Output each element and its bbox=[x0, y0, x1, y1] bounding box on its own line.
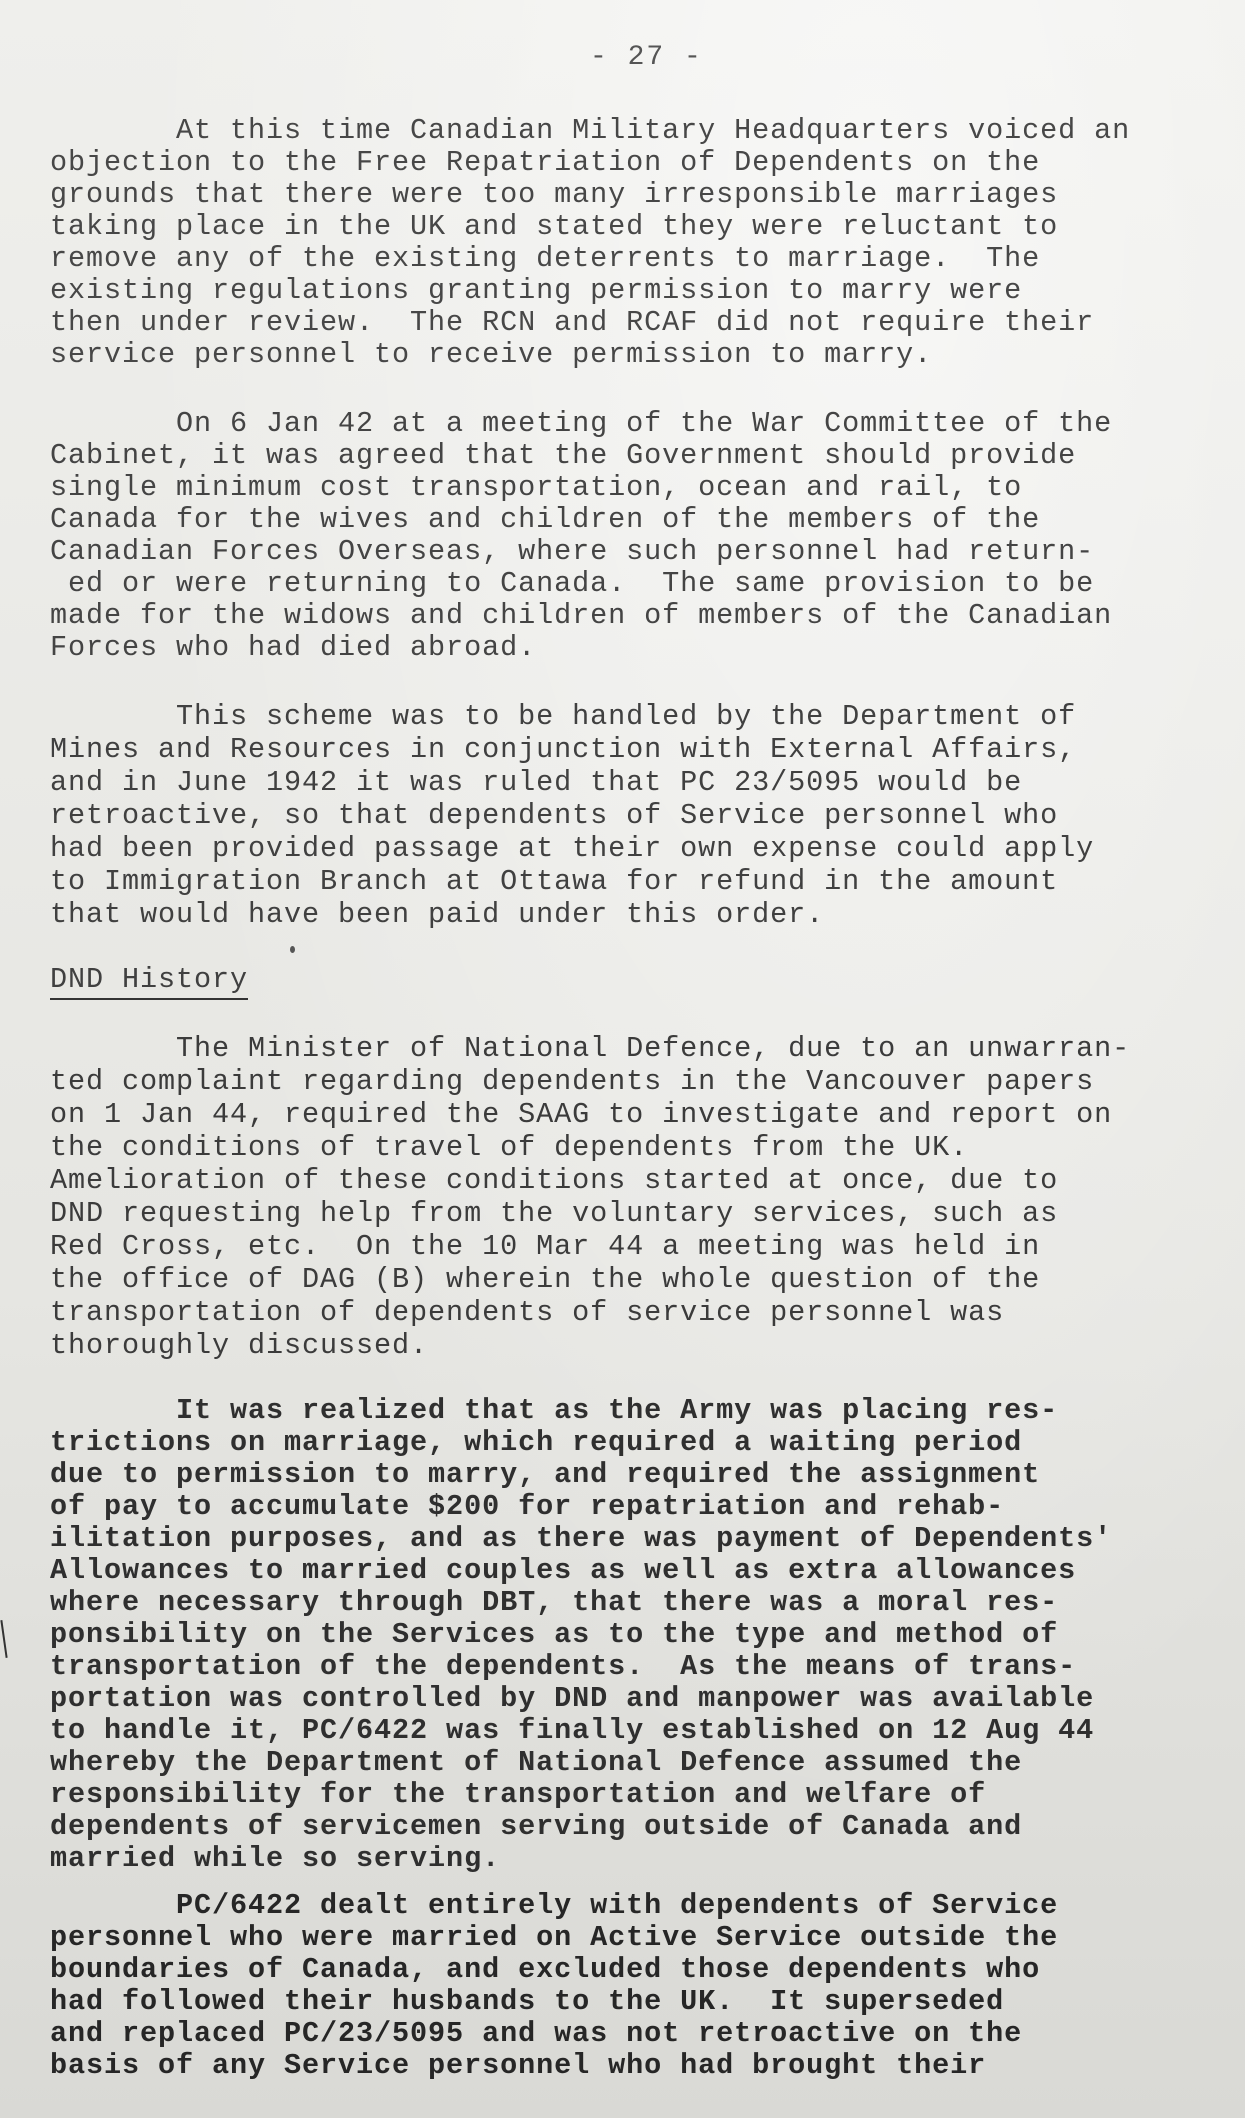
text-line: ilitation purposes, and as there was pay… bbox=[50, 1523, 1112, 1555]
text-line: boundaries of Canada, and excluded those… bbox=[50, 1954, 1040, 1986]
text-line: and in June 1942 it was ruled that PC 23… bbox=[50, 767, 1022, 799]
text-line: service personnel to receive permission … bbox=[50, 339, 932, 371]
text-line: Cabinet, it was agreed that the Governme… bbox=[50, 440, 1076, 472]
text-line: due to permission to marry, and required… bbox=[50, 1459, 1040, 1491]
text-line: It was realized that as the Army was pla… bbox=[50, 1395, 1058, 1427]
text-line: personnel who were married on Active Ser… bbox=[50, 1922, 1058, 1954]
text-line: that would have been paid under this ord… bbox=[50, 899, 824, 931]
text-line: had followed their husbands to the UK. I… bbox=[50, 1986, 1004, 2018]
text-line: ted complaint regarding dependents in th… bbox=[50, 1066, 1094, 1098]
text-line: then under review. The RCN and RCAF did … bbox=[50, 307, 1094, 339]
text-line: trictions on marriage, which required a … bbox=[50, 1427, 1022, 1459]
text-line: dependents of servicemen serving outside… bbox=[50, 1811, 1022, 1843]
text-line: portation was controlled by DND and manp… bbox=[50, 1683, 1094, 1715]
text-line: on 1 Jan 44, required the SAAG to invest… bbox=[50, 1099, 1112, 1131]
text-line: transportation of the dependents. As the… bbox=[50, 1651, 1076, 1683]
text-line: and replaced PC/23/5095 and was not retr… bbox=[50, 2018, 1022, 2050]
page-number: - 27 - bbox=[590, 42, 703, 73]
section-heading-dnd-history: DND History bbox=[50, 964, 248, 1000]
text-line: the conditions of travel of dependents f… bbox=[50, 1132, 968, 1164]
margin-pen-mark bbox=[0, 1620, 7, 1658]
text-line: Red Cross, etc. On the 10 Mar 44 a meeti… bbox=[50, 1231, 1040, 1263]
text-line: Canadian Forces Overseas, where such per… bbox=[50, 536, 1094, 568]
text-line: remove any of the existing deterrents to… bbox=[50, 243, 1040, 275]
text-line: grounds that there were too many irrespo… bbox=[50, 179, 1058, 211]
text-line: existing regulations granting permission… bbox=[50, 275, 1022, 307]
text-line: of pay to accumulate $200 for repatriati… bbox=[50, 1491, 1004, 1523]
text-line: transportation of dependents of service … bbox=[50, 1297, 1004, 1329]
text-line: Allowances to married couples as well as… bbox=[50, 1555, 1076, 1587]
text-line: ponsibility on the Services as to the ty… bbox=[50, 1619, 1058, 1651]
text-line: thoroughly discussed. bbox=[50, 1330, 428, 1362]
text-line: responsibility for the transportation an… bbox=[50, 1779, 986, 1811]
text-line: made for the widows and children of memb… bbox=[50, 600, 1112, 632]
text-line: retroactive, so that dependents of Servi… bbox=[50, 800, 1058, 832]
text-line: basis of any Service personnel who had b… bbox=[50, 2050, 986, 2082]
text-line: objection to the Free Repatriation of De… bbox=[50, 147, 1040, 179]
text-line: Forces who had died abroad. bbox=[50, 632, 536, 664]
text-line: DND requesting help from the voluntary s… bbox=[50, 1198, 1058, 1230]
text-line: On 6 Jan 42 at a meeting of the War Comm… bbox=[50, 408, 1112, 440]
text-line: married while so serving. bbox=[50, 1843, 500, 1875]
text-line: whereby the Department of National Defen… bbox=[50, 1747, 1022, 1779]
text-line: to handle it, PC/6422 was finally establ… bbox=[50, 1715, 1094, 1747]
ink-speck bbox=[290, 946, 295, 953]
text-line: had been provided passage at their own e… bbox=[50, 833, 1094, 865]
text-line: Canada for the wives and children of the… bbox=[50, 504, 1040, 536]
text-line: ed or were returning to Canada. The same… bbox=[50, 568, 1094, 600]
text-line: the office of DAG (B) wherein the whole … bbox=[50, 1264, 1040, 1296]
text-line: Mines and Resources in conjunction with … bbox=[50, 734, 1076, 766]
text-line: where necessary through DBT, that there … bbox=[50, 1587, 1058, 1619]
text-line: At this time Canadian Military Headquart… bbox=[50, 115, 1130, 147]
text-line: The Minister of National Defence, due to… bbox=[50, 1033, 1130, 1065]
text-line: taking place in the UK and stated they w… bbox=[50, 211, 1058, 243]
text-line: single minimum cost transportation, ocea… bbox=[50, 472, 1022, 504]
text-line: to Immigration Branch at Ottawa for refu… bbox=[50, 866, 1058, 898]
text-line: This scheme was to be handled by the Dep… bbox=[50, 701, 1076, 733]
text-line: Amelioration of these conditions started… bbox=[50, 1165, 1058, 1197]
text-line: PC/6422 dealt entirely with dependents o… bbox=[50, 1890, 1058, 1922]
